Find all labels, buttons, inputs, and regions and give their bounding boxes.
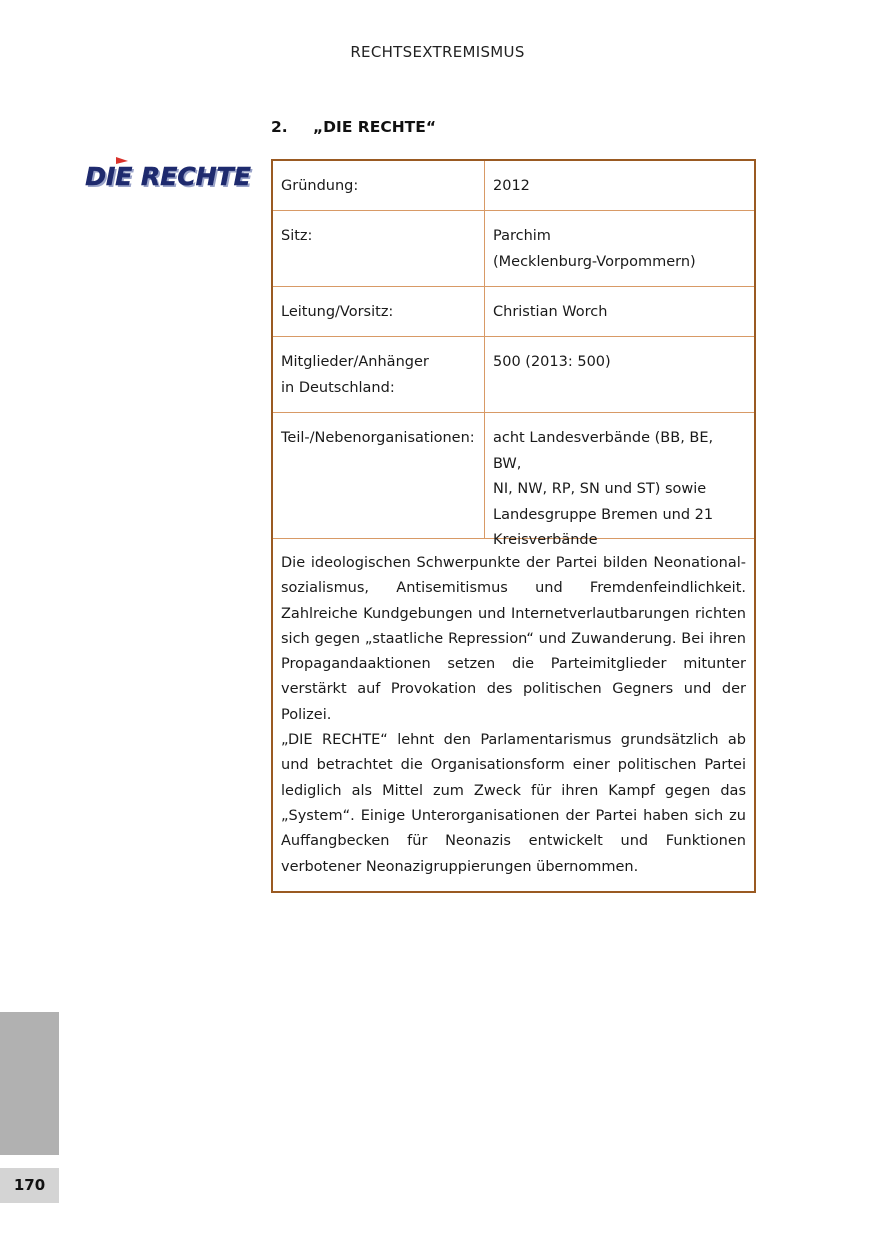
table-row: Leitung/Vorsitz: Christian Worch: [273, 287, 754, 337]
row-label: Sitz:: [273, 211, 485, 286]
section-number: 2.: [271, 118, 313, 136]
table-row: Gründung: 2012: [273, 161, 754, 211]
row-value: acht Landesverbände (BB, BE, BW, NI, NW,…: [485, 413, 754, 538]
description-paragraph: Die ideologischen Schwerpunkte der Parte…: [281, 551, 746, 728]
row-label: Teil-/Nebenorganisationen:: [273, 413, 485, 538]
fact-table: Gründung: 2012 Sitz: Parchim (Mecklenbur…: [271, 159, 756, 893]
table-row: Sitz: Parchim (Mecklenburg-Vorpommern): [273, 211, 754, 287]
row-label: Leitung/Vorsitz:: [273, 287, 485, 336]
label-line: Mitglieder/Anhänger: [281, 350, 476, 376]
row-value: Christian Worch: [485, 287, 754, 336]
value-line: acht Landesverbände (BB, BE, BW,: [493, 426, 746, 477]
page-number: 170: [0, 1168, 59, 1203]
table-row: Mitglieder/Anhänger in Deutschland: 500 …: [273, 337, 754, 413]
row-label: Mitglieder/Anhänger in Deutschland:: [273, 337, 485, 412]
description: Die ideologischen Schwerpunkte der Parte…: [273, 539, 754, 891]
value-line: Landesgruppe Bremen und 21: [493, 503, 746, 529]
party-logo-icon: DIE RECHTE DIE RECHTE: [82, 154, 254, 190]
value-line: NI, NW, RP, SN und ST) sowie: [493, 477, 746, 503]
description-paragraph: „DIE RECHTE“ lehnt den Parlamentarismus …: [281, 728, 746, 880]
label-line: in Deutschland:: [281, 376, 476, 402]
running-header: RECHTSEXTREMISMUS: [0, 43, 875, 61]
value-line: Kreisverbände: [493, 528, 746, 554]
row-value: 500 (2013: 500): [485, 337, 754, 412]
chapter-side-tab: [0, 1012, 59, 1155]
svg-text:DIE RECHTE: DIE RECHTE: [85, 162, 251, 190]
section-heading: 2.„DIE RECHTE“: [271, 118, 436, 136]
row-value: Parchim (Mecklenburg-Vorpommern): [485, 211, 754, 286]
table-row: Teil-/Nebenorganisationen: acht Landesve…: [273, 413, 754, 539]
row-value: 2012: [485, 161, 754, 210]
row-label: Gründung:: [273, 161, 485, 210]
section-title: „DIE RECHTE“: [313, 118, 436, 136]
value-line: (Mecklenburg-Vorpommern): [493, 250, 746, 276]
value-line: Parchim: [493, 224, 746, 250]
